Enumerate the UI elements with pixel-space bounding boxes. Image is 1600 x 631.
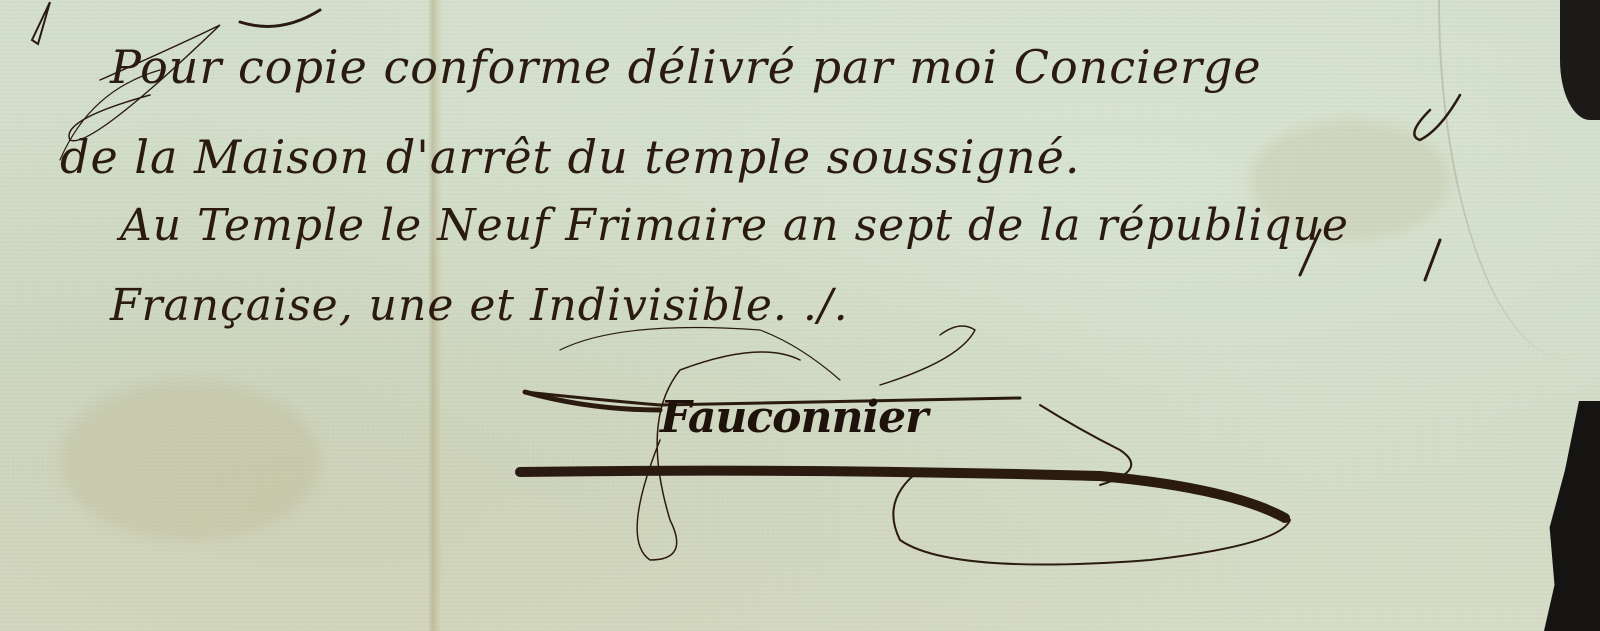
signature: Fauconnier xyxy=(660,392,927,443)
manuscript-line-4: Française, une et Indivisible. ./. xyxy=(110,280,849,331)
manuscript-line-2: de la Maison d'arrêt du temple soussigné… xyxy=(60,130,1080,184)
manuscript-line-3: Au Temple le Neuf Frimaire an sept de la… xyxy=(120,200,1349,251)
manuscript-page: Pour copie conforme délivré par moi Conc… xyxy=(0,0,1600,631)
manuscript-line-1: Pour copie conforme délivré par moi Conc… xyxy=(110,40,1262,94)
